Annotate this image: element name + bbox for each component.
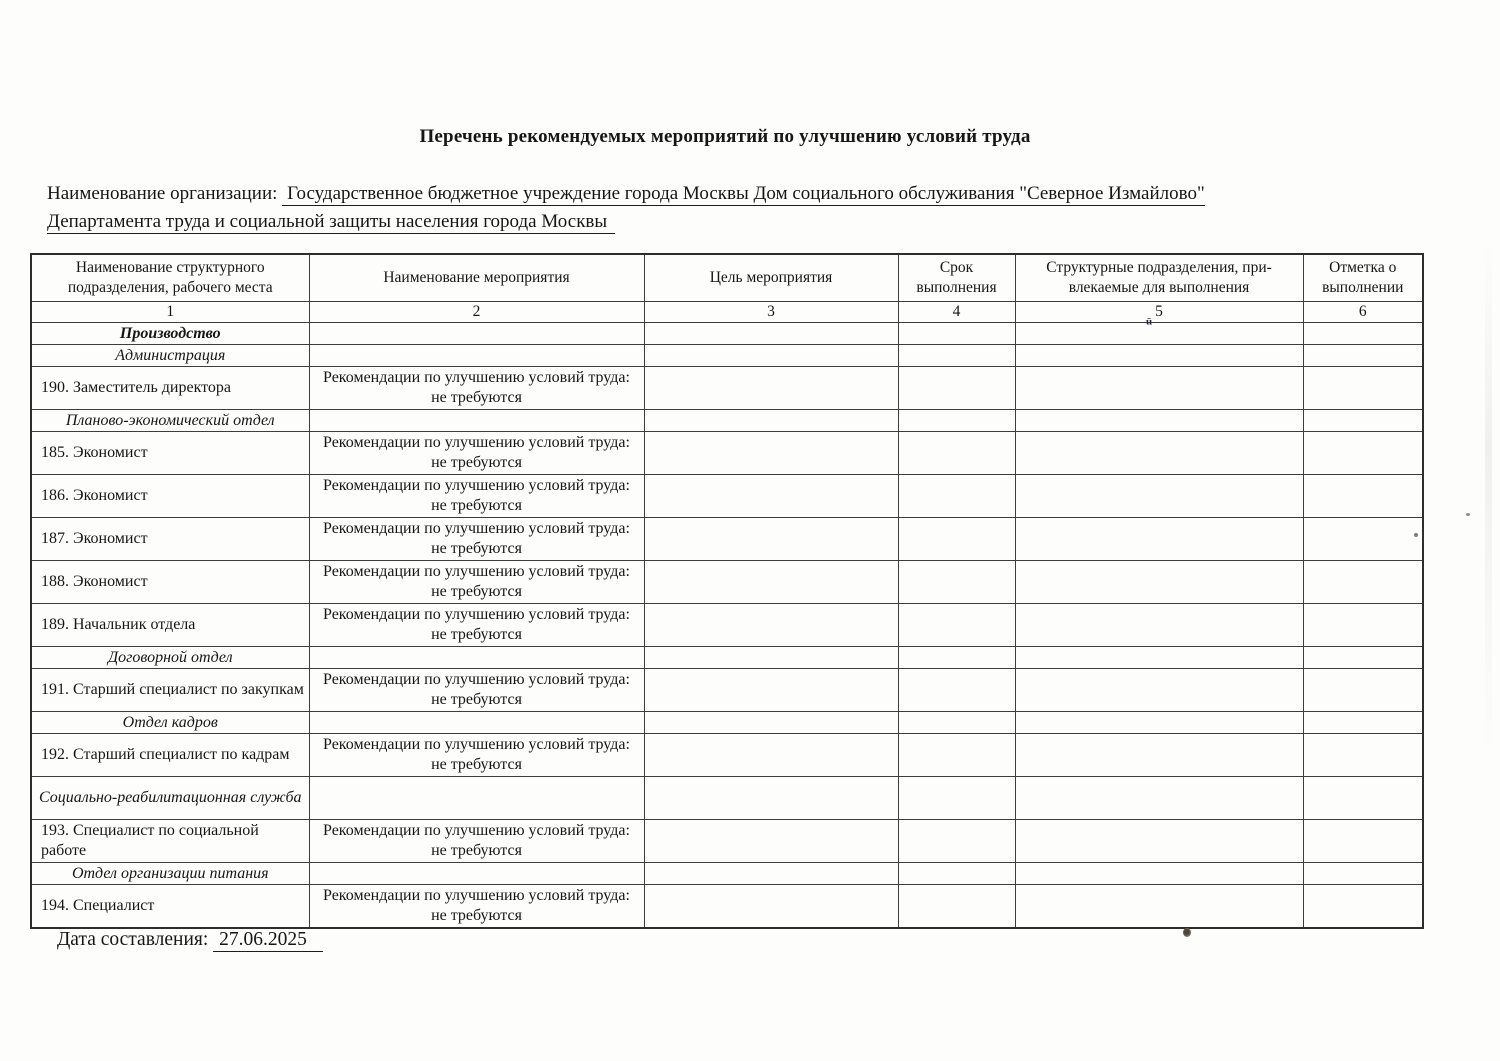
empty-cell [309, 323, 644, 345]
column-header: Отметка о выполнении [1303, 254, 1423, 302]
measure-cell: Рекомендации по улучшению условий труда:… [309, 561, 644, 604]
column-number: 3 [644, 302, 898, 323]
job-name-cell: 191. Старший специалист по закупкам [31, 669, 309, 712]
scan-edge-shadow [1485, 240, 1492, 760]
job-name-cell: 193. Специалист по социальной работе [31, 820, 309, 863]
column-number: 6 [1303, 302, 1423, 323]
empty-cell [644, 863, 898, 885]
section-name-cell: Социально-реабилитационная служба [31, 777, 309, 820]
empty-cell [644, 777, 898, 820]
empty-cell [309, 410, 644, 432]
measure-cell: Рекомендации по улучшению условий труда:… [309, 518, 644, 561]
handwritten-pen-mark: ü [1146, 317, 1152, 328]
empty-cell [898, 712, 1015, 734]
empty-cell [1303, 712, 1423, 734]
empty-cell [644, 345, 898, 367]
empty-cell [1015, 712, 1303, 734]
column-number: 1 [31, 302, 309, 323]
empty-cell [1303, 432, 1423, 475]
empty-cell [898, 820, 1015, 863]
table-row: Социально-реабилитационная служба [31, 777, 1423, 820]
empty-cell [309, 863, 644, 885]
table-row: 191. Старший специалист по закупкамРеком… [31, 669, 1423, 712]
empty-cell [1015, 475, 1303, 518]
empty-cell [1303, 410, 1423, 432]
column-header: Наименование структурного подразделения,… [31, 254, 309, 302]
empty-cell [644, 432, 898, 475]
empty-cell [1015, 734, 1303, 777]
table-row: Производство [31, 323, 1423, 345]
empty-cell [898, 367, 1015, 410]
empty-cell [898, 604, 1015, 647]
date-value: 27.06.2025 [213, 929, 323, 952]
empty-cell [644, 475, 898, 518]
empty-cell [898, 518, 1015, 561]
column-number: 4 [898, 302, 1015, 323]
organization-line: Наименование организации: Государственно… [47, 180, 1387, 236]
empty-cell [644, 820, 898, 863]
empty-cell [1303, 323, 1423, 345]
empty-cell [1015, 345, 1303, 367]
empty-cell [1015, 604, 1303, 647]
column-header: Наименование мероприятия [309, 254, 644, 302]
column-header: Структурные подразделения, при-влекаемые… [1015, 254, 1303, 302]
job-name-cell: 189. Начальник отдела [31, 604, 309, 647]
column-header: Срок выполнения [898, 254, 1015, 302]
empty-cell [1303, 820, 1423, 863]
measure-cell: Рекомендации по улучшению условий труда:… [309, 432, 644, 475]
table-row: 194. СпециалистРекомендации по улучшению… [31, 885, 1423, 929]
empty-cell [1303, 367, 1423, 410]
table-row: Планово-экономический отдел [31, 410, 1423, 432]
section-name-cell: Отдел кадров [31, 712, 309, 734]
measure-cell: Рекомендации по улучшению условий труда:… [309, 604, 644, 647]
job-name-cell: 185. Экономист [31, 432, 309, 475]
empty-cell [1303, 647, 1423, 669]
table-row: 192. Старший специалист по кадрамРекомен… [31, 734, 1423, 777]
empty-cell [1015, 561, 1303, 604]
empty-cell [1015, 323, 1303, 345]
empty-cell [644, 518, 898, 561]
empty-cell [1303, 777, 1423, 820]
section-name-cell: Производство [31, 323, 309, 345]
job-name-cell: 192. Старший специалист по кадрам [31, 734, 309, 777]
table-row: Договорной отдел [31, 647, 1423, 669]
table-row: 186. ЭкономистРекомендации по улучшению … [31, 475, 1423, 518]
empty-cell [644, 561, 898, 604]
empty-cell [1015, 647, 1303, 669]
scan-speck [1183, 928, 1191, 937]
empty-cell [1015, 432, 1303, 475]
empty-cell [1015, 669, 1303, 712]
empty-cell [1015, 885, 1303, 929]
scan-speck [1414, 533, 1418, 537]
empty-cell [644, 885, 898, 929]
scanned-document-page: Перечень рекомендуемых мероприятий по ул… [0, 0, 1500, 1061]
table-row: 188. ЭкономистРекомендации по улучшению … [31, 561, 1423, 604]
column-number: 2 [309, 302, 644, 323]
empty-cell [1303, 345, 1423, 367]
empty-cell [1303, 669, 1423, 712]
empty-cell [644, 669, 898, 712]
empty-cell [1303, 518, 1423, 561]
empty-cell [1015, 518, 1303, 561]
table-header-row: Наименование структурного подразделения,… [31, 254, 1423, 302]
job-name-cell: 186. Экономист [31, 475, 309, 518]
empty-cell [1303, 604, 1423, 647]
job-name-cell: 187. Экономист [31, 518, 309, 561]
table-row: 187. ЭкономистРекомендации по улучшению … [31, 518, 1423, 561]
empty-cell [644, 367, 898, 410]
section-name-cell: Отдел организации питания [31, 863, 309, 885]
scan-speck [1466, 513, 1470, 516]
section-name-cell: Планово-экономический отдел [31, 410, 309, 432]
empty-cell [898, 647, 1015, 669]
table-row: Отдел кадров [31, 712, 1423, 734]
empty-cell [898, 323, 1015, 345]
job-name-cell: 188. Экономист [31, 561, 309, 604]
table-row: 185. ЭкономистРекомендации по улучшению … [31, 432, 1423, 475]
page-title: Перечень рекомендуемых мероприятий по ул… [0, 126, 1450, 148]
measure-cell: Рекомендации по улучшению условий труда:… [309, 820, 644, 863]
job-name-cell: 190. Заместитель директора [31, 367, 309, 410]
empty-cell [644, 647, 898, 669]
empty-cell [644, 410, 898, 432]
empty-cell [898, 885, 1015, 929]
empty-cell [1303, 475, 1423, 518]
empty-cell [644, 604, 898, 647]
table-row: 190. Заместитель директораРекомендации п… [31, 367, 1423, 410]
empty-cell [1015, 410, 1303, 432]
empty-cell [309, 777, 644, 820]
measure-cell: Рекомендации по улучшению условий труда:… [309, 475, 644, 518]
column-header: Цель мероприятия [644, 254, 898, 302]
section-name-cell: Договорной отдел [31, 647, 309, 669]
empty-cell [1015, 820, 1303, 863]
empty-cell [1303, 561, 1423, 604]
measure-cell: Рекомендации по улучшению условий труда:… [309, 885, 644, 929]
column-number: 5 [1015, 302, 1303, 323]
empty-cell [898, 669, 1015, 712]
job-name-cell: 194. Специалист [31, 885, 309, 929]
measures-table: Наименование структурного подразделения,… [30, 253, 1424, 929]
empty-cell [309, 712, 644, 734]
table-row: 193. Специалист по социальной работеРеко… [31, 820, 1423, 863]
empty-cell [898, 734, 1015, 777]
empty-cell [1303, 885, 1423, 929]
measure-cell: Рекомендации по улучшению условий труда:… [309, 669, 644, 712]
empty-cell [1015, 863, 1303, 885]
empty-cell [898, 410, 1015, 432]
measure-cell: Рекомендации по улучшению условий труда:… [309, 367, 644, 410]
table-row: Администрация [31, 345, 1423, 367]
date-label: Дата составления: [57, 929, 208, 950]
empty-cell [644, 734, 898, 777]
empty-cell [898, 345, 1015, 367]
column-numbers-row: 123456 [31, 302, 1423, 323]
empty-cell [309, 345, 644, 367]
empty-cell [898, 475, 1015, 518]
empty-cell [644, 323, 898, 345]
empty-cell [898, 777, 1015, 820]
table-body: ПроизводствоАдминистрация190. Заместител… [31, 323, 1423, 929]
organization-label: Наименование организации: [47, 183, 277, 204]
section-name-cell: Администрация [31, 345, 309, 367]
empty-cell [898, 863, 1015, 885]
empty-cell [1303, 734, 1423, 777]
table-row: Отдел организации питания [31, 863, 1423, 885]
empty-cell [309, 647, 644, 669]
table-row: 189. Начальник отделаРекомендации по улу… [31, 604, 1423, 647]
empty-cell [644, 712, 898, 734]
date-line: Дата составления: 27.06.2025 [57, 929, 323, 951]
empty-cell [1015, 777, 1303, 820]
measure-cell: Рекомендации по улучшению условий труда:… [309, 734, 644, 777]
empty-cell [1015, 367, 1303, 410]
empty-cell [898, 432, 1015, 475]
empty-cell [1303, 863, 1423, 885]
empty-cell [898, 561, 1015, 604]
